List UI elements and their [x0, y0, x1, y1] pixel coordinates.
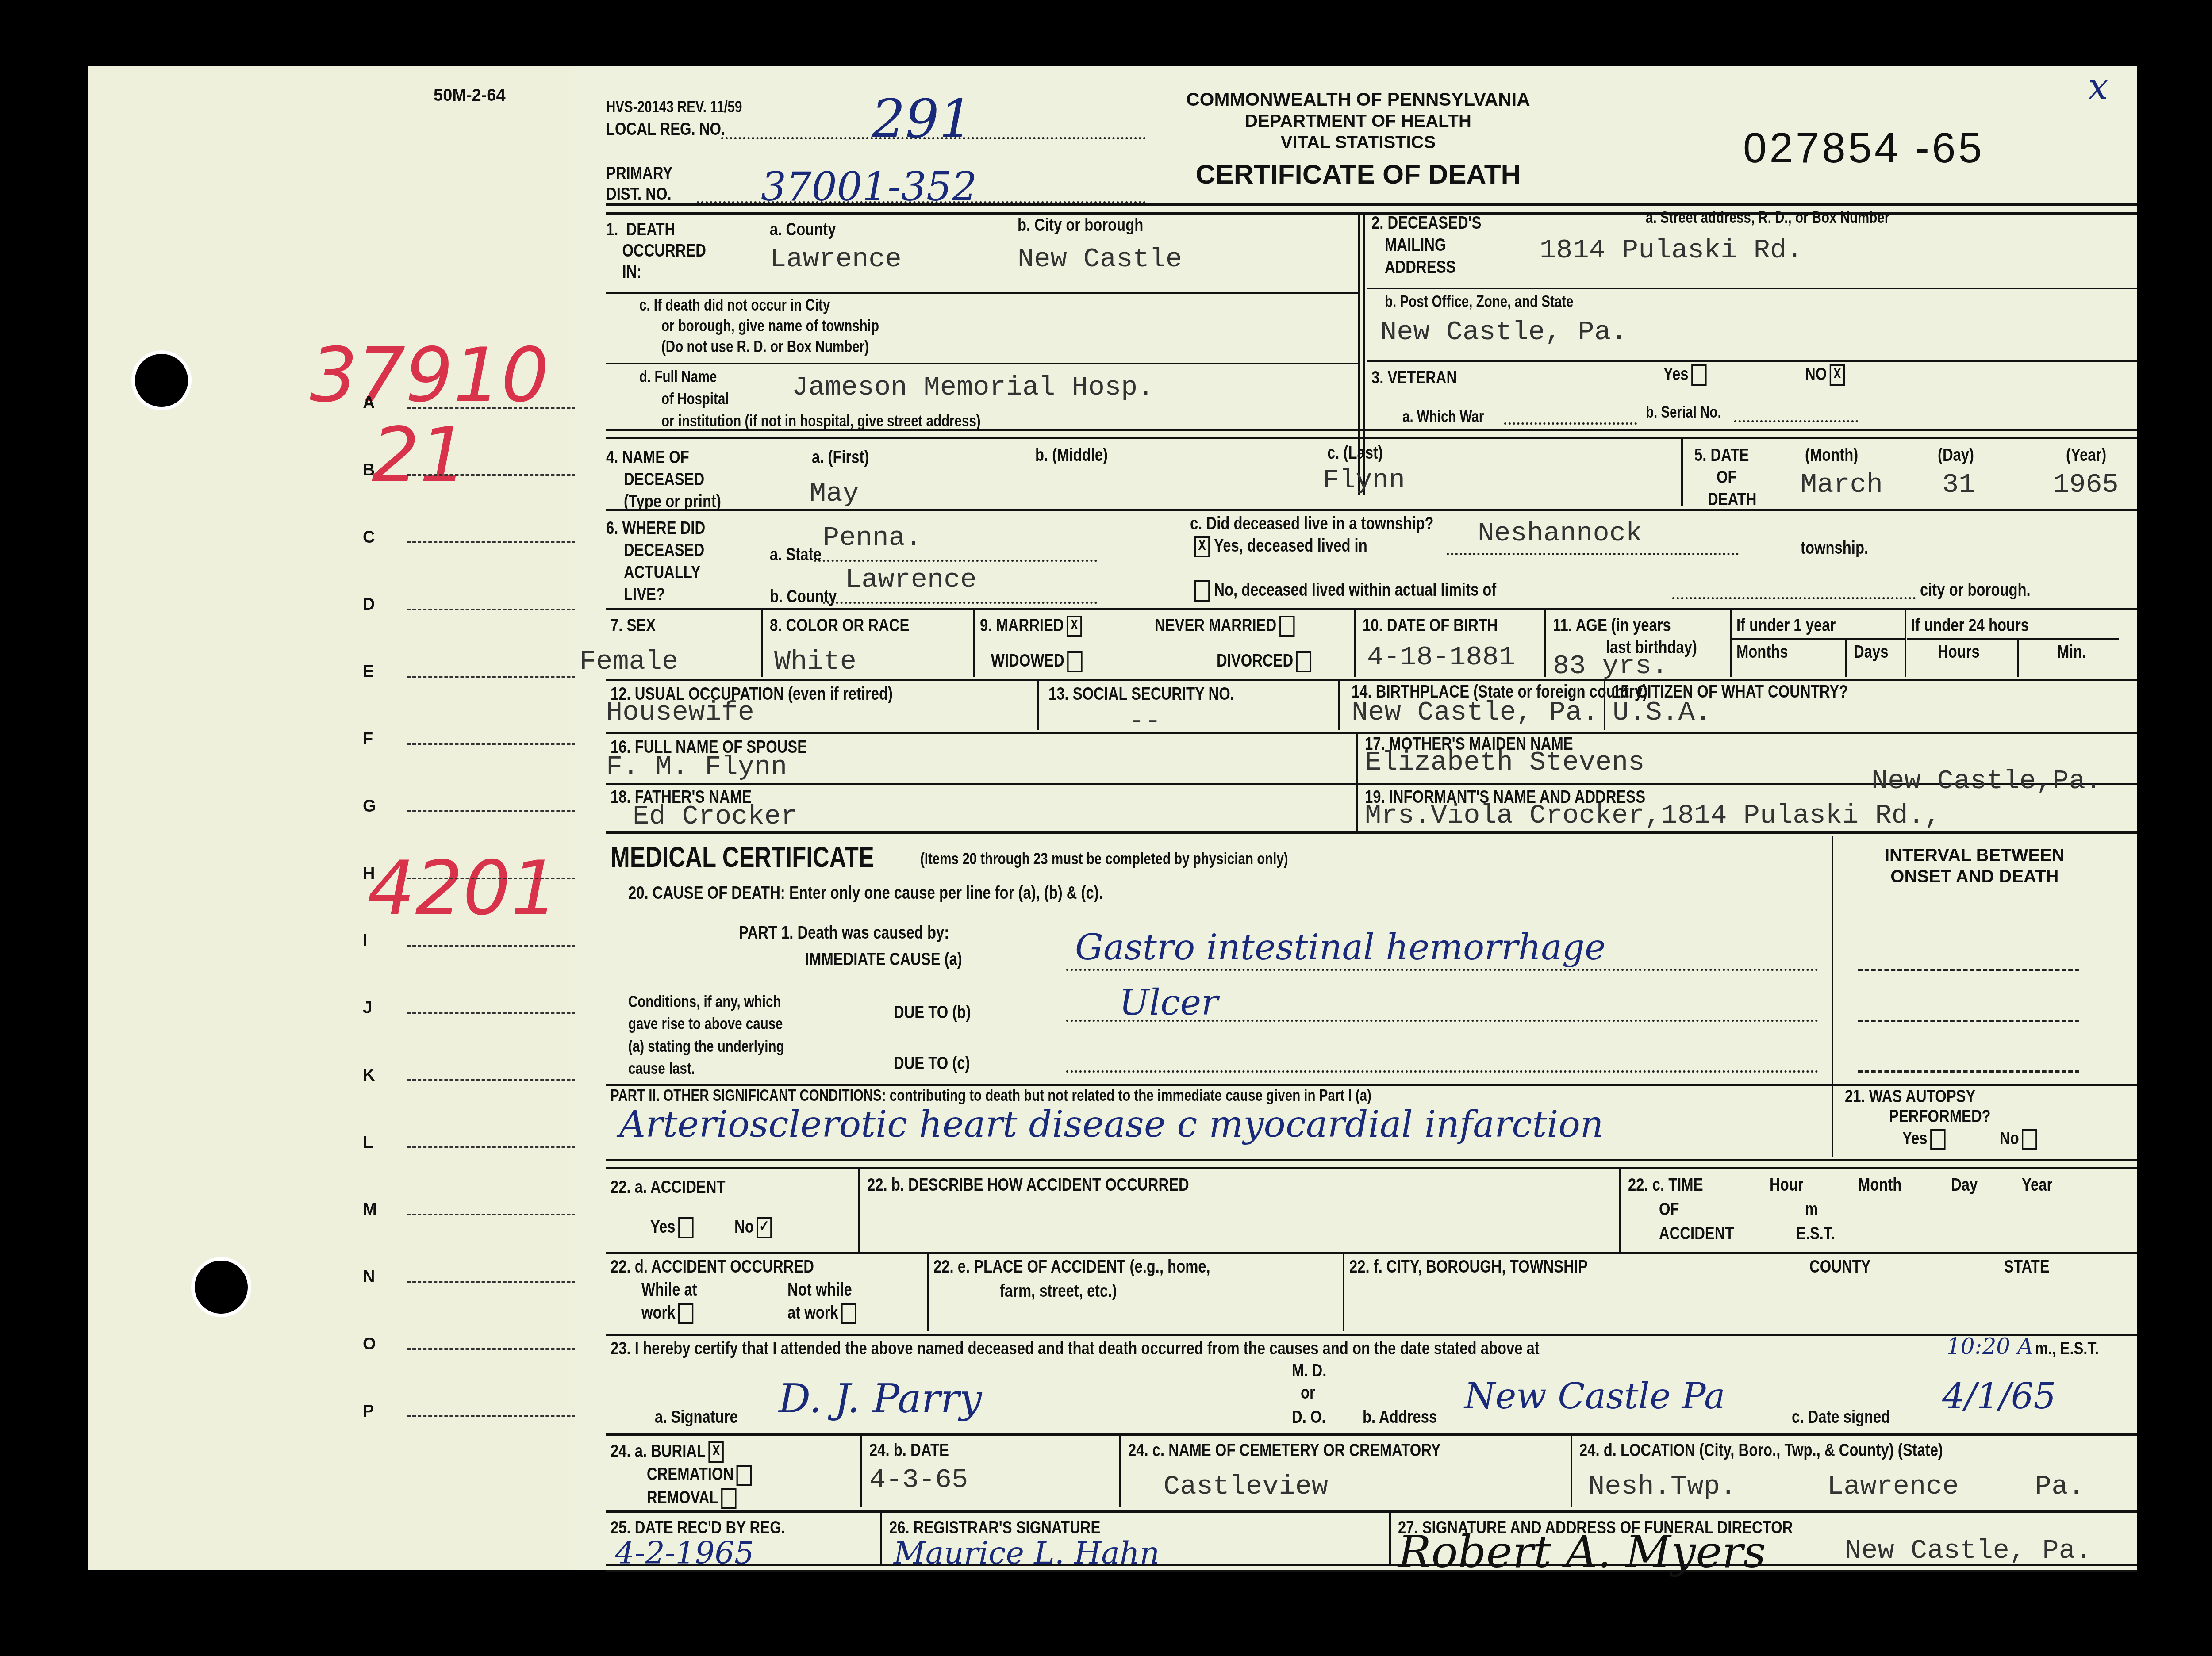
f22a-no-checkbox[interactable]: ✓ [757, 1217, 772, 1238]
f6-yes-row: XYes, deceased lived in [1194, 535, 1367, 557]
certificate: HVS-20143 REV. 11/59 LOCAL REG. NO. 291 … [575, 66, 2137, 1570]
f6-yes-checkbox[interactable]: X [1194, 536, 1210, 557]
f6-label2: DECEASED [624, 540, 704, 561]
primary-label: PRIMARY [606, 163, 672, 184]
interval-label2: ONSET AND DEATH [1885, 866, 2065, 887]
f23-or: or [1301, 1382, 1315, 1403]
conditions-line3: (a) stating the underlying [628, 1035, 784, 1058]
stub-letter-p: P [363, 1402, 374, 1421]
f22d-while-line1: While at [641, 1278, 697, 1301]
f22d-notwhile: Not whileat work [787, 1278, 856, 1324]
rule [606, 1570, 2137, 1572]
divider [927, 1252, 929, 1331]
divider [860, 1436, 862, 1507]
f22e-label1: 22. e. PLACE OF ACCIDENT (e.g., home, [933, 1256, 1210, 1277]
f3-yes-checkbox[interactable] [1691, 364, 1706, 386]
due-c-line[interactable] [1066, 1070, 1818, 1073]
autopsy-yes-label: Yes [1902, 1129, 1928, 1148]
f6-township-line [1447, 553, 1739, 555]
stub-red-mark-h: 4201 [367, 845, 559, 932]
agency-line3: VITAL STATISTICS [1133, 132, 1584, 153]
immediate-label: IMMEDIATE CAUSE (a) [805, 949, 962, 970]
f6-label3: ACTUALLY [624, 562, 701, 583]
f2-street-label: a. Street address, R. D., or Box Number [1646, 208, 1889, 227]
f6-county-value[interactable]: Lawrence [845, 564, 977, 595]
interval-a-line[interactable] [1858, 969, 2079, 971]
f22a-label: 22. a. ACCIDENT [611, 1177, 725, 1198]
f5-label2: OF [1717, 467, 1737, 488]
f22d-notwhile-line1: Not while [787, 1278, 856, 1301]
medical-title: MEDICAL CERTIFICATE [611, 840, 874, 874]
f19-value2[interactable]: New Castle,Pa. [1871, 765, 2102, 797]
stub-letter-f: F [363, 730, 373, 749]
f14-value[interactable]: New Castle, Pa. [1352, 697, 1598, 728]
f23-date-label: c. Date signed [1792, 1407, 1890, 1428]
f22c-label2: OF [1659, 1199, 1679, 1220]
f22d-while: While atwork [641, 1278, 697, 1324]
f9-divorced: DIVORCED [1217, 650, 1311, 672]
autopsy-no: No [2000, 1128, 2037, 1150]
f6-label1: 6. WHERE DID [606, 517, 705, 539]
f4-label2: DECEASED [624, 469, 704, 490]
immediate-line [1066, 969, 1818, 971]
stub-letter-o: O [363, 1335, 376, 1354]
rule [1367, 360, 2137, 362]
divider [1343, 1252, 1344, 1331]
f5-year-label: (Year) [2066, 445, 2106, 466]
f9-married-checkbox[interactable]: X [1067, 616, 1082, 637]
stub-form-code: 50M-2-64 [434, 86, 506, 105]
f1-d-label3: or institution (if not in hospital, give… [661, 411, 981, 430]
rule [606, 831, 2137, 834]
f23-time-value[interactable]: 10:20 A [1947, 1334, 2033, 1359]
f6-state-value[interactable]: Penna. [823, 522, 922, 553]
agency-line2: DEPARTMENT OF HEALTH [1133, 111, 1584, 132]
f11-days-label: Days [1854, 641, 1888, 663]
f24a-removal-label: REMOVAL [647, 1488, 718, 1507]
f22f-label: 22. f. CITY, BOROUGH, TOWNSHIP [1349, 1256, 1588, 1277]
f5-label1: 5. DATE [1694, 445, 1749, 466]
rule [606, 363, 1358, 364]
f11-min-label: Min. [2057, 641, 2086, 663]
f15-value[interactable]: U.S.A. [1613, 697, 1711, 728]
f1-label: 1. DEATH OCCURRED IN: [606, 219, 706, 283]
f3-no-label: NO [1805, 364, 1827, 384]
f24d-county[interactable]: Lawrence [1827, 1471, 1959, 1502]
f3-war-line[interactable] [1504, 422, 1637, 425]
f16-value[interactable]: F. M. Flynn [606, 751, 787, 782]
f3-no: NOX [1805, 364, 1845, 386]
f22d-while-line2: work [641, 1303, 676, 1322]
f3-yes-label: Yes [1663, 364, 1689, 384]
stub-letter-a: A [363, 394, 375, 413]
f24d-state[interactable]: Pa. [2035, 1471, 2085, 1502]
f3-serial-label: b. Serial No. [1646, 402, 1721, 422]
f24d-label: 24. d. LOCATION (City, Boro., Twp., & Co… [1579, 1440, 1943, 1461]
interval-heading: INTERVAL BETWEEN ONSET AND DEATH [1885, 845, 2065, 887]
f6-city-line [1672, 597, 1916, 599]
conditions-line4: cause last. [628, 1058, 784, 1080]
f22d-notwhile-line2: at work [787, 1303, 838, 1322]
f11-under24-label: If under 24 hours [1911, 615, 2029, 636]
f22d-label: 22. d. ACCIDENT OCCURRED [611, 1256, 814, 1277]
f2-po-value[interactable]: New Castle, Pa. [1380, 316, 1627, 348]
rule [1367, 287, 2137, 289]
autopsy-label2: PERFORMED? [1889, 1106, 1991, 1127]
f4-last-value[interactable]: Flynn [1323, 464, 1405, 496]
f18-value[interactable]: Ed Crocker [633, 801, 797, 832]
f22c-year: Year [2022, 1174, 2052, 1196]
f9-widowed-label: WIDOWED [991, 651, 1064, 671]
autopsy-no-label: No [2000, 1129, 2019, 1148]
f6-label4: LIVE? [624, 584, 665, 605]
medical-subtitle: (Items 20 through 23 must be completed b… [920, 849, 1288, 868]
f23-statement: 23. I hereby certify that I attended the… [611, 1338, 1540, 1359]
f6-c-label: c. Did deceased live in a township? [1190, 513, 1433, 534]
f3-serial-line[interactable] [1734, 420, 1858, 422]
f1-county-value[interactable]: Lawrence [770, 243, 902, 275]
interval-label1: INTERVAL BETWEEN [1885, 845, 2065, 866]
f1-c-label3: (Do not use R. D. or Box Number) [661, 337, 869, 356]
punch-hole-top [135, 354, 188, 407]
stub-letter-d: D [363, 595, 375, 614]
rule [606, 1564, 2137, 1566]
f22c-est: E.S.T. [1796, 1223, 1835, 1244]
rule [1732, 638, 1905, 640]
f1-city-value[interactable]: New Castle [1018, 243, 1182, 275]
divider [1832, 836, 1833, 1092]
divider [973, 610, 975, 677]
f22c-label1: 22. c. TIME [1628, 1174, 1703, 1196]
f9-widowed-checkbox[interactable] [1067, 651, 1082, 672]
rule [606, 1334, 2137, 1336]
cause-label: 20. CAUSE OF DEATH: Enter only one cause… [628, 882, 1103, 904]
divider [1119, 1436, 1121, 1507]
stub-letter-m: M [363, 1200, 377, 1219]
stub-red-mark-a: 37910 [310, 332, 549, 419]
f6-county-line [823, 602, 1097, 604]
f22c-month: Month [1858, 1174, 1901, 1196]
divider [1037, 681, 1039, 730]
stub-letter-i: I [363, 931, 368, 951]
stub-letter-c: C [363, 528, 375, 547]
f24a-burial-checkbox[interactable]: X [709, 1441, 724, 1463]
autopsy-yes: Yes [1902, 1128, 1946, 1150]
f6-state-line [814, 560, 1097, 562]
f9-married: 9. MARRIEDX [980, 615, 1082, 637]
f22f-state: STATE [2004, 1256, 2050, 1277]
divider [1604, 681, 1605, 730]
corner-mark: x [2088, 66, 2108, 107]
f9-married-label: 9. MARRIED [980, 616, 1064, 635]
f9-widowed: WIDOWED [991, 650, 1083, 672]
rule [606, 1433, 2137, 1436]
f13-label: 13. SOCIAL SECURITY NO. [1048, 683, 1234, 705]
f3-no-checkbox[interactable]: X [1830, 364, 1845, 386]
f24b-value[interactable]: 4-3-65 [869, 1464, 968, 1495]
local-reg-label: LOCAL REG. NO. [606, 119, 725, 140]
f1-hospital-value[interactable]: Jameson Memorial Hosp. [792, 372, 1154, 403]
punch-hole-bottom [195, 1261, 248, 1314]
part1-label: PART 1. Death was caused by: [739, 922, 949, 943]
f24a-removal-checkbox[interactable] [721, 1488, 736, 1509]
f22b-label: 22. b. DESCRIBE HOW ACCIDENT OCCURRED [867, 1174, 1189, 1196]
f23-address-value[interactable]: New Castle Pa [1464, 1376, 1725, 1417]
f6-state-label: a. State [770, 544, 822, 565]
immediate-value[interactable]: Gastro intestinal hemorrhage [1075, 927, 1605, 968]
divider [1544, 610, 1546, 677]
f24a: 24. a. BURIALX CREMATION REMOVAL [611, 1440, 752, 1509]
divider [2017, 638, 2019, 677]
divider [880, 1513, 882, 1566]
f23-address-label: b. Address [1363, 1407, 1437, 1428]
f5-year-value[interactable]: 1965 [2053, 469, 2119, 500]
divider [761, 610, 763, 677]
f24c-value[interactable]: Castleview [1164, 1471, 1328, 1502]
f4-last-label: c. (Last) [1327, 442, 1383, 464]
f9-never: NEVER MARRIED [1155, 615, 1294, 637]
divider [1619, 1168, 1621, 1252]
f10-label: 10. DATE OF BIRTH [1363, 615, 1498, 636]
f6-county-label: b. County [770, 586, 837, 607]
f23-date-value[interactable]: 4/1/65 [1942, 1376, 2056, 1417]
f2-po-label: b. Post Office, Zone, and State [1385, 292, 1573, 311]
f9-never-checkbox[interactable] [1279, 616, 1294, 637]
autopsy-yes-checkbox[interactable] [1930, 1129, 1945, 1150]
f1-c-label1: c. If death did not occur in City [639, 295, 830, 314]
rule [606, 509, 2137, 511]
f4-middle-label: b. (Middle) [1035, 445, 1108, 466]
divider [1571, 1436, 1572, 1507]
f11-label1: 11. AGE (in years [1553, 615, 1671, 636]
f9-divorced-checkbox[interactable] [1296, 651, 1311, 672]
f6-no-suffix: city or borough. [1920, 579, 2031, 601]
conditions-line2: gave rise to above cause [628, 1013, 784, 1035]
f9-never-label: NEVER MARRIED [1155, 616, 1276, 635]
f17-value[interactable]: Elizabeth Stevens [1365, 747, 1645, 778]
divider [1338, 681, 1340, 730]
f2-label1: 2. DECEASED'S [1371, 212, 1481, 234]
due-b-label: DUE TO (b) [894, 1002, 971, 1023]
page-title: CERTIFICATE OF DEATH [1133, 158, 1584, 191]
f24a-burial-label: 24. a. BURIAL [611, 1441, 706, 1461]
divider [1845, 638, 1847, 677]
stub-letter-n: N [363, 1268, 375, 1287]
divider [1730, 610, 1732, 677]
f11-hours-label: Hours [1938, 641, 1980, 663]
f19-value[interactable]: Mrs.Viola Crocker,1814 Pulaski Rd., [1365, 800, 1941, 831]
rule [606, 1167, 2137, 1169]
rule [606, 1159, 2137, 1161]
f23-md: M. D. [1292, 1360, 1326, 1381]
rule [606, 203, 2137, 206]
f6-township-suffix: township. [1801, 537, 1868, 559]
f6-no-checkbox[interactable] [1194, 580, 1210, 602]
autopsy-no-checkbox[interactable] [2022, 1129, 2037, 1150]
f6-township-value[interactable]: Neshannock [1478, 517, 1642, 549]
f22d-while-checkbox[interactable] [678, 1303, 693, 1324]
form-id: HVS-20143 REV. 11/59 [606, 97, 742, 116]
autopsy-label1: 21. WAS AUTOPSY [1845, 1086, 1975, 1107]
rule [606, 1252, 2137, 1254]
f5-month-label: (Month) [1805, 445, 1858, 466]
stub-letter-b: B [363, 461, 375, 480]
stub-letter-l: L [363, 1133, 373, 1152]
f1-d-label1: d. Full Name [639, 367, 717, 386]
certificate-number: 027854 -65 [1743, 124, 1985, 172]
f7-value[interactable]: Female [580, 646, 678, 677]
stub-letter-h: H [363, 864, 375, 883]
rule [606, 1510, 2137, 1513]
local-reg-value: 291 [872, 88, 973, 150]
f22d-notwhile-checkbox[interactable] [841, 1303, 856, 1324]
f22e-label2: farm, street, etc.) [1000, 1280, 1117, 1302]
f22c-day: Day [1951, 1174, 1978, 1196]
stub-letter-g: G [363, 797, 376, 816]
f11-under1-label: If under 1 year [1736, 615, 1836, 636]
conditions-line1: Conditions, if any, which [628, 991, 784, 1013]
f23-time-suffix: m., E.S.T. [2035, 1338, 2099, 1359]
f6-no-text: No, deceased lived within actual limits … [1214, 580, 1496, 600]
f4-first-value[interactable]: May [810, 478, 859, 509]
divider [1354, 610, 1356, 677]
f23-signature-value[interactable]: D. J. Parry [779, 1376, 982, 1422]
f22c-label3: ACCIDENT [1659, 1223, 1734, 1244]
f23-do: D. O. [1292, 1407, 1326, 1428]
f3-war-label: a. Which War [1402, 407, 1484, 426]
f10-value[interactable]: 4-18-1881 [1367, 641, 1515, 673]
f22a-yes: Yes [650, 1216, 694, 1238]
f2-label3: ADDRESS [1385, 257, 1455, 278]
f22a-yes-checkbox[interactable] [678, 1217, 693, 1238]
f24d-city[interactable]: Nesh.Twp. [1588, 1471, 1736, 1502]
rule [606, 608, 2137, 610]
f24a-cremation-label: CREMATION [647, 1464, 733, 1484]
f22a-no-label: No [734, 1217, 754, 1237]
agency-line1: COMMONWEALTH OF PENNSYLVANIA [1133, 88, 1584, 111]
divider [1905, 610, 1906, 677]
divider [858, 1168, 860, 1252]
f5-day-label: (Day) [1938, 445, 1974, 466]
f1-d-label2: of Hospital [661, 389, 729, 408]
rule [1907, 638, 2119, 640]
rule [606, 429, 2137, 431]
f2-street-value[interactable]: 1814 Pulaski Rd. [1540, 234, 1803, 266]
f27-address[interactable]: New Castle, Pa. [1845, 1535, 2092, 1566]
due-c-label: DUE TO (c) [894, 1053, 970, 1074]
f4-label1: 4. NAME OF [606, 447, 689, 468]
f12-value[interactable]: Housewife [606, 697, 754, 728]
f2-label2: MAILING [1385, 234, 1446, 256]
f24c-label: 24. c. NAME OF CEMETERY OR CREMATORY [1128, 1440, 1441, 1461]
f1-county-label: a. County [770, 219, 836, 240]
f7-label: 7. SEX [611, 615, 656, 636]
f8-label: 8. COLOR OR RACE [770, 615, 909, 636]
part2-value[interactable]: Arteriosclerotic heart disease c myocard… [619, 1104, 1604, 1146]
stub-letter-k: K [363, 1066, 375, 1085]
dist-label: DIST. NO. [606, 184, 672, 205]
agency-heading: COMMONWEALTH OF PENNSYLVANIA DEPARTMENT … [1133, 88, 1584, 192]
f5-label3: DEATH [1708, 489, 1757, 510]
f22c-hour: Hour [1770, 1174, 1804, 1196]
f3-yes: Yes [1663, 364, 1707, 386]
f1-c-label2: or borough, give name of township [661, 316, 879, 335]
f3-label: 3. VETERAN [1371, 367, 1457, 388]
divider [1681, 438, 1683, 506]
rule [606, 292, 1358, 294]
stub-letter-e: E [363, 663, 374, 682]
interval-b-line[interactable] [1858, 1020, 2079, 1022]
f22a-yes-label: Yes [650, 1217, 676, 1237]
f4-first-label: a. (First) [812, 447, 869, 468]
interval-c-line[interactable] [1858, 1070, 2079, 1073]
f22a-no: No✓ [734, 1216, 772, 1238]
stub-red-mark-b: 21 [372, 411, 467, 499]
f9-divorced-label: DIVORCED [1217, 651, 1293, 671]
f6-yes-text: Yes, deceased lived in [1214, 536, 1367, 556]
divider [1389, 1513, 1391, 1566]
divider [1356, 732, 1358, 832]
f11-value[interactable]: 83 yrs. [1553, 650, 1668, 682]
f6-no-row: No, deceased lived within actual limits … [1194, 579, 1496, 602]
conditions-label: Conditions, if any, which gave rise to a… [628, 991, 784, 1080]
f5-month-value[interactable]: March [1801, 469, 1883, 500]
divider [1832, 1084, 1833, 1157]
due-b-value[interactable]: Ulcer [1119, 982, 1218, 1023]
f23-signature-label: a. Signature [655, 1407, 738, 1428]
f22f-county: COUNTY [1809, 1256, 1870, 1277]
part2-label: PART II. OTHER SIGNIFICANT CONDITIONS: c… [611, 1086, 1371, 1105]
f11-months-label: Months [1736, 641, 1788, 663]
stub-letter-j: J [363, 999, 372, 1018]
stub-panel: 50M-2-64 37910 21 4201 ABCDEFGHIJKLMNOP [88, 66, 576, 1570]
rule [606, 437, 2137, 439]
f24a-cremation-checkbox[interactable] [737, 1465, 752, 1486]
f24b-label: 24. b. DATE [869, 1440, 949, 1461]
f22c-m: m [1805, 1199, 1818, 1220]
f1-city-label: b. City or borough [1018, 215, 1143, 236]
f8-value[interactable]: White [774, 646, 856, 677]
f5-day-value[interactable]: 31 [1942, 469, 1975, 500]
